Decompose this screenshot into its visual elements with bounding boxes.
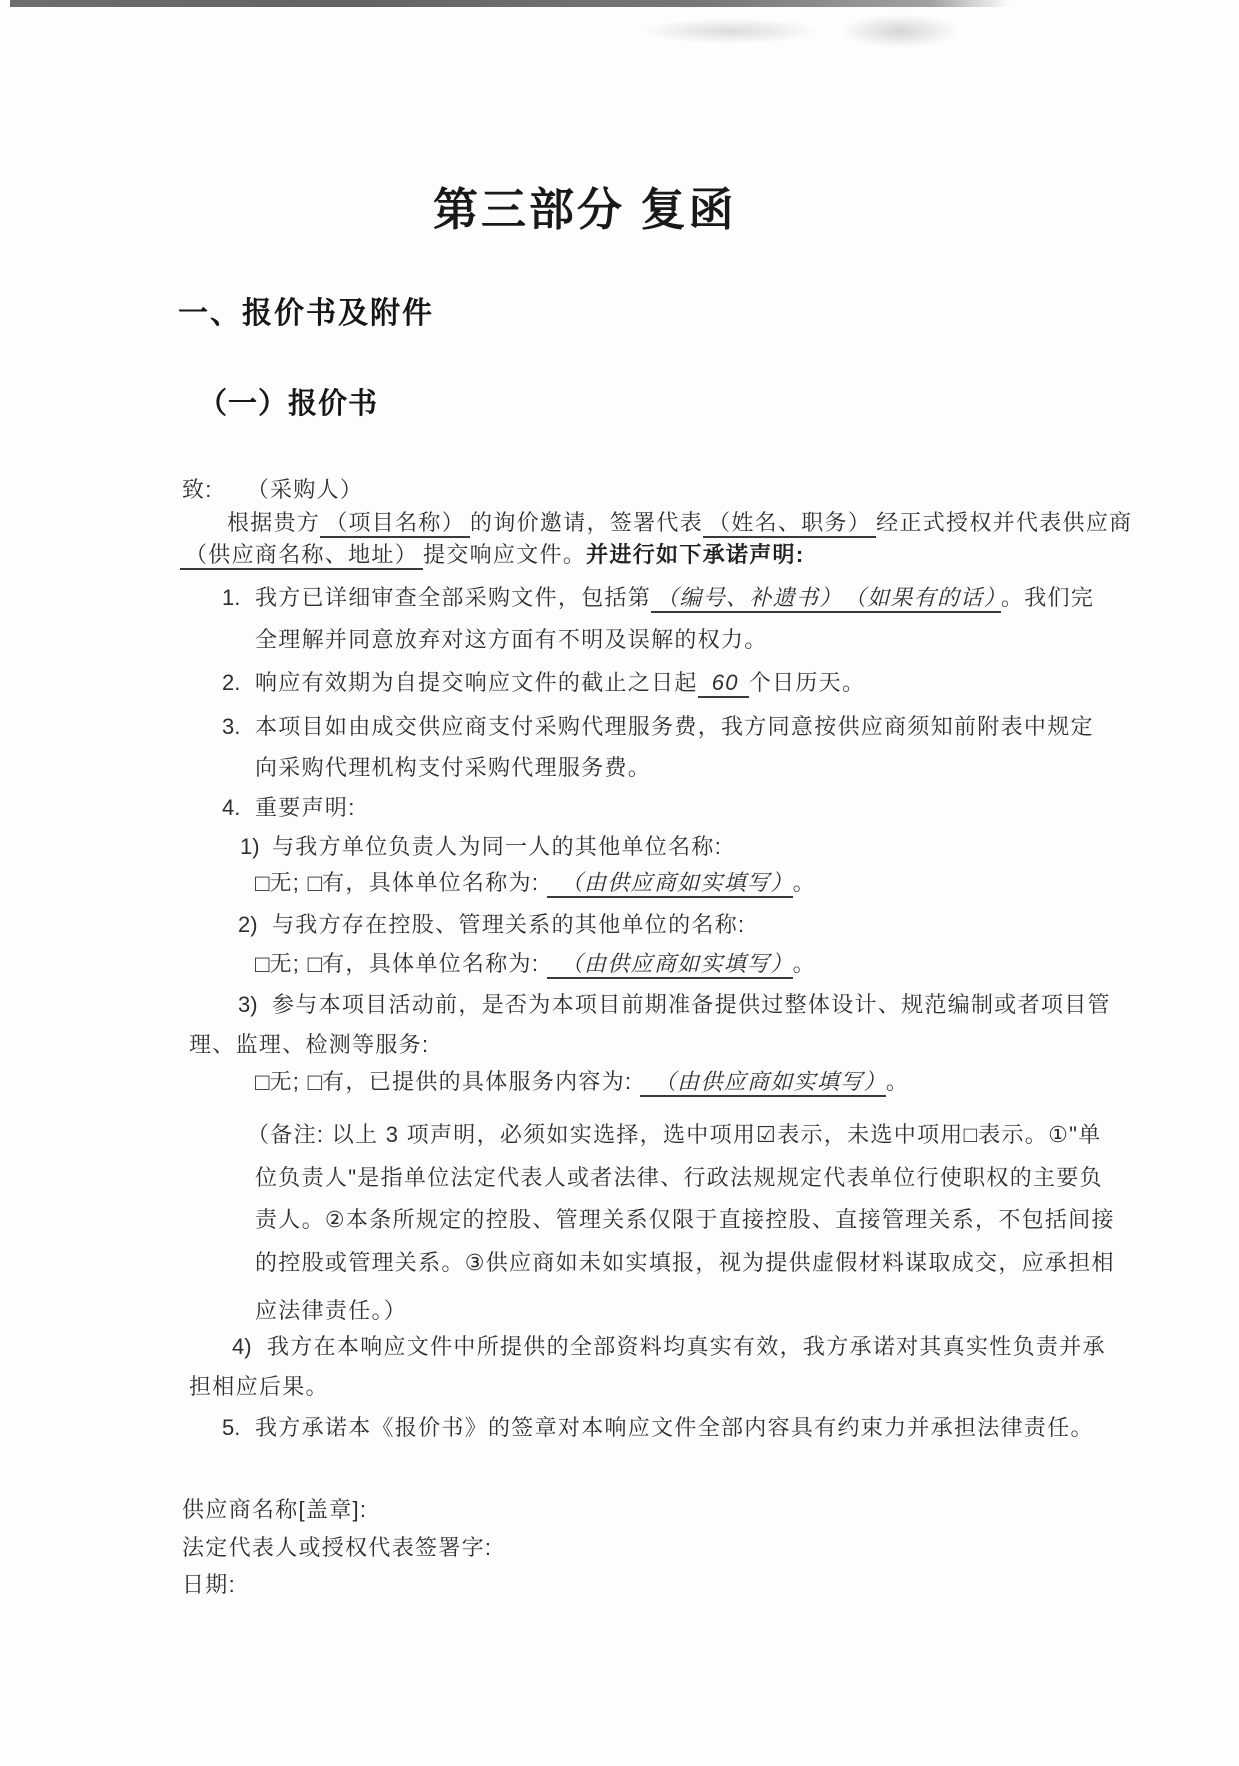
sub-item-4-number: 4) [232,1333,252,1360]
item-1-number: 1. [222,584,240,611]
salutation-label: 致: [182,477,213,502]
note-line-1: （备注: 以上 3 项声明，必须如实选择，选中项用☑表示，未选中项用□表示。①"… [247,1121,1102,1148]
sub-item-3-question-line-1: 参与本项目活动前，是否为本项目前期准备提供过整体设计、规范编制或者项目管 [272,991,1111,1018]
scanned-document-page: 第三部分 复函 一、报价书及附件 （一）报价书 致:（采购人） 根据贵方（项目名… [0,0,1239,1766]
item-4-number: 4. [222,794,240,821]
item-3-line-1: 本项目如由成交供应商支付采购代理服务费，我方同意按供应商须知前附表中规定 [255,713,1094,740]
sub-item-3-question-line-2: 理、监理、检测等服务: [189,1031,429,1058]
checkbox-no-icon: □ [255,870,270,897]
intro-seg2: 的询价邀请，签署代表 [470,510,703,535]
item-1-pre: 我方已详细审查全部采购文件，包括第 [255,585,651,610]
item-3-number: 3. [222,713,240,740]
blank-doc-number: （编号、补遗书） （如果有的话） [651,585,1001,613]
intro-line-2: （供应商名称、地址）提交响应文件。并进行如下承诺声明: [180,541,804,568]
sub-item-4-line-1: 我方在本响应文件中所提供的全部资料均真实有效，我方承诺对其真实性负责并承 [267,1333,1106,1360]
item-3-line-2: 向采购代理机构支付采购代理服务费。 [255,754,651,781]
checkbox-no-icon: □ [255,951,270,978]
checkbox-no-icon: □ [255,1069,270,1096]
sub-item-2-number: 2) [238,911,258,938]
item-4-title: 重要声明: [255,794,356,821]
choice-no-label: 无; [270,1069,308,1094]
sub-item-1-number: 1) [240,833,260,860]
scan-smudge [640,18,820,44]
blank-fill-in-2: （由供应商如实填写） [547,951,793,979]
item-2-pre: 响应有效期为自提交响应文件的截止之日起 [255,670,698,695]
note-line-3: 责人。②本条所规定的控股、管理关系仅限于直接控股、直接管理关系，不包括间接 [255,1206,1115,1233]
blank-fill-in-3: （由供应商如实填写） [640,1069,886,1097]
blank-project-name: （项目名称） [320,510,470,538]
sub-item-1-choices: □无; □有，具体单位名称为: （由供应商如实填写）。 [255,869,816,897]
choice-no-label: 无; [270,870,308,895]
signature-supplier-seal: 供应商名称[盖章]: [182,1496,367,1523]
item-5-text: 我方承诺本《报价书》的签章对本响应文件全部内容具有约束力并承担法律责任。 [255,1414,1094,1441]
choice-no-label: 无; [270,951,308,976]
item-5-number: 5. [222,1414,240,1441]
scan-edge-artifact [10,0,1010,7]
intro-line-1: 根据贵方（项目名称）的询价邀请，签署代表（姓名、职务）经正式授权并代表供应商 [227,509,1132,536]
choice-yes-label: 有，具体单位名称为: [322,951,547,976]
item-1-line-2: 全理解并同意放弃对这方面有不明及误解的权力。 [255,626,768,653]
note-line-4: 的控股或管理关系。③供应商如未如实填报，视为提供虚假材料谋取成交，应承担相 [255,1249,1115,1276]
intro-seg1: 根据贵方 [227,510,320,535]
sub-item-2-choices: □无; □有，具体单位名称为: （由供应商如实填写）。 [255,950,816,978]
sub-item-3-choices: □无; □有，已提供的具体服务内容为: （由供应商如实填写）。 [255,1068,909,1096]
item-2-line: 响应有效期为自提交响应文件的截止之日起60个日历天。 [255,669,865,696]
sub-item-3-number: 3) [238,991,258,1018]
checkbox-yes-icon: □ [308,1069,323,1096]
item-1-line-1: 我方已详细审查全部采购文件，包括第（编号、补遗书） （如果有的话）。我们完 [255,584,1094,611]
page-title: 第三部分 复函 [433,184,737,236]
sub-item-4-line-2: 担相应后果。 [189,1373,329,1400]
checkbox-yes-icon: □ [308,870,323,897]
choice-end: 。 [793,951,816,976]
sub-item-2-question: 与我方存在控股、管理关系的其他单位的名称: [272,911,745,938]
subsection-heading: （一）报价书 [198,391,378,418]
blank-validity-days: 60 [698,670,749,698]
choice-end: 。 [886,1069,909,1094]
declaration-lead: 并进行如下承诺声明: [586,542,804,567]
signature-date: 日期: [182,1571,236,1598]
item-2-number: 2. [222,669,240,696]
blank-fill-in-1: （由供应商如实填写） [547,870,793,898]
note-line-2: 位负责人"是指单位法定代表人或者法律、行政法规规定代表单位行使职权的主要负 [255,1164,1103,1191]
note-line-5: 应法律责任。） [255,1297,407,1324]
signature-representative: 法定代表人或授权代表签署字: [182,1534,492,1561]
sub-item-1-question: 与我方单位负责人为同一人的其他单位名称: [272,833,722,860]
scan-smudge [840,14,960,48]
checkbox-yes-icon: □ [308,951,323,978]
salutation-line: 致:（采购人） [182,476,363,503]
section-heading: 一、报价书及附件 [178,300,434,327]
choice-yes-label: 有，已提供的具体服务内容为: [322,1069,640,1094]
salutation-value: （采购人） [247,477,364,502]
intro-seg3: 经正式授权并代表供应商 [876,510,1132,535]
item-1-post: 。我们完 [1001,585,1094,610]
blank-supplier-name: （供应商名称、地址） [180,542,423,570]
choice-yes-label: 有，具体单位名称为: [322,870,547,895]
intro-seg4: 提交响应文件。 [423,542,586,567]
choice-end: 。 [793,870,816,895]
blank-representative: （姓名、职务） [703,510,876,538]
item-2-post: 个日历天。 [749,670,866,695]
